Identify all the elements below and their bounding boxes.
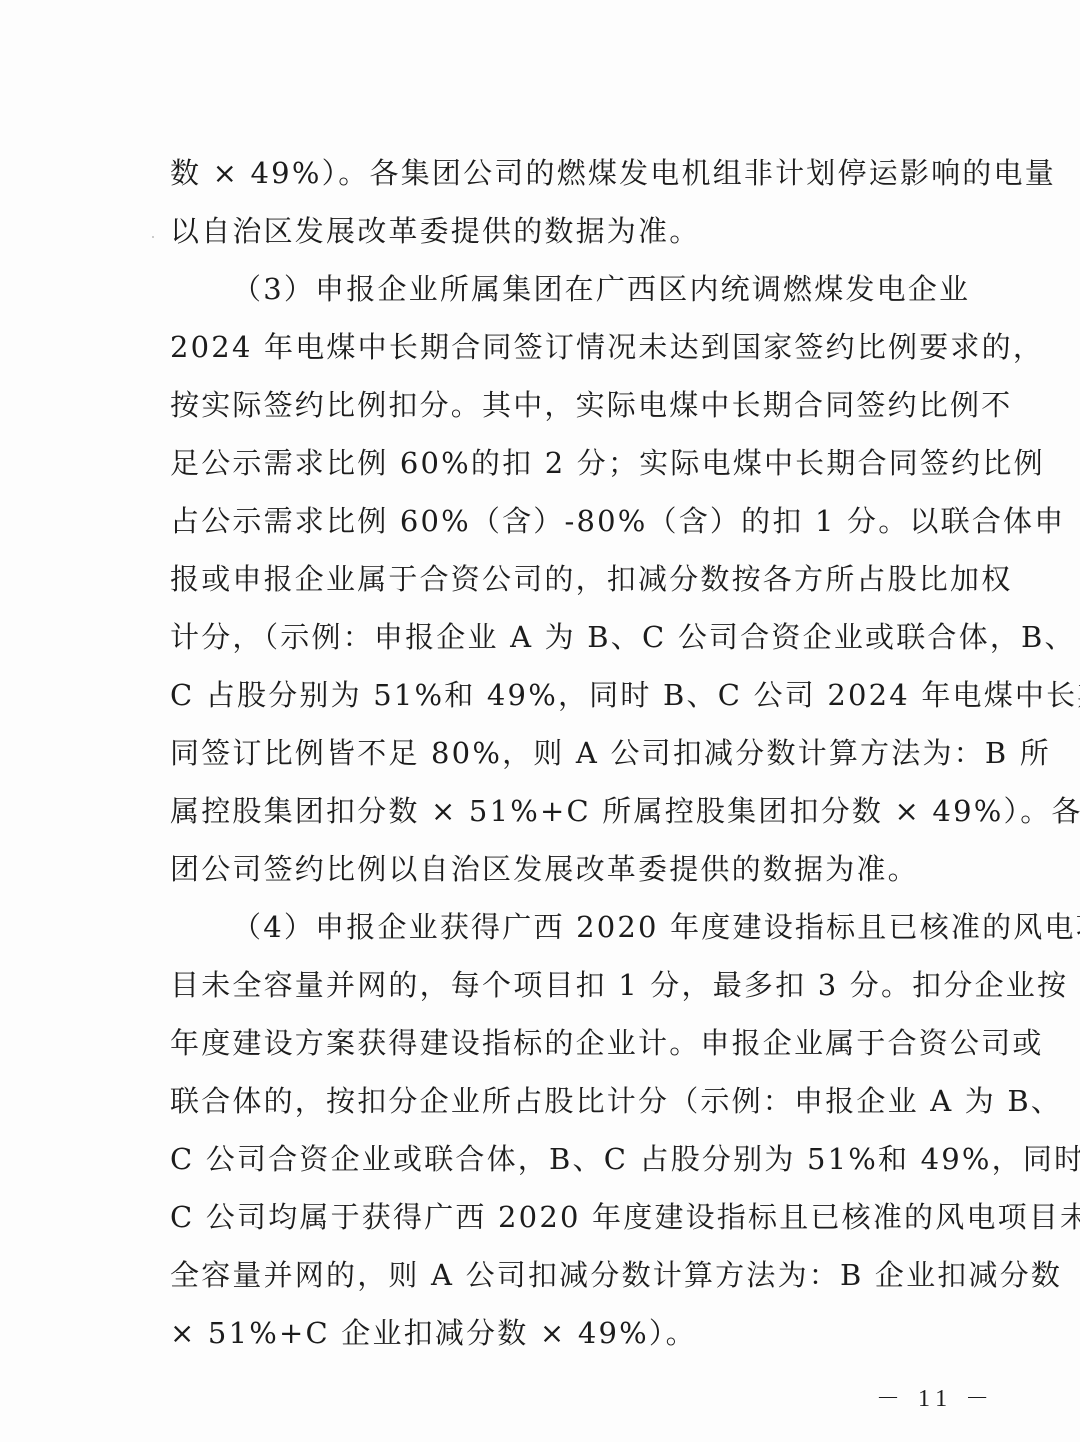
text-line: 按实际签约比例扣分。其中，实际电煤中长期合同签约比例不: [170, 385, 950, 425]
text-line: 联合体的，按扣分企业所占股比计分（示例：申报企业 A 为 B、: [170, 1081, 950, 1121]
text-line: 数 × 49%）。各集团公司的燃煤发电机组非计划停运影响的电量: [170, 153, 950, 193]
text-line: C 公司合资企业或联合体，B、C 占股分别为 51%和 49%，同时 B、: [170, 1139, 950, 1179]
text-line: 属控股集团扣分数 × 51%+C 所属控股集团扣分数 × 49%）。各集: [170, 791, 950, 831]
text-line: 以自治区发展改革委提供的数据为准。: [170, 211, 950, 251]
text-line: C 公司均属于获得广西 2020 年度建设指标且已核准的风电项目未: [170, 1197, 950, 1237]
document-page: 数 × 49%）。各集团公司的燃煤发电机组非计划停运影响的电量以自治区发展改革委…: [0, 0, 1080, 1442]
scan-speck: [532, 232, 534, 234]
text-line: 年度建设方案获得建设指标的企业计。申报企业属于合资公司或: [170, 1023, 950, 1063]
text-line: 2024 年电煤中长期合同签订情况未达到国家签约比例要求的，: [170, 327, 950, 367]
scan-speck: [651, 240, 653, 242]
text-line: × 51%+C 企业扣减分数 × 49%）。: [170, 1313, 950, 1353]
text-line: 目未全容量并网的，每个项目扣 1 分，最多扣 3 分。扣分企业按 2020: [170, 965, 950, 1005]
paragraph-first-line: （3）申报企业所属集团在广西区内统调燃煤发电企业: [232, 269, 950, 309]
paragraph-first-line: （4）申报企业获得广西 2020 年度建设指标且已核准的风电项: [232, 907, 950, 947]
text-line: 团公司签约比例以自治区发展改革委提供的数据为准。: [170, 849, 950, 889]
text-line: C 占股分别为 51%和 49%，同时 B、C 公司 2024 年电煤中长期合: [170, 675, 950, 715]
text-line: 全容量并网的，则 A 公司扣减分数计算方法为：B 企业扣减分数: [170, 1255, 950, 1295]
text-line: 同签订比例皆不足 80%，则 A 公司扣减分数计算方法为：B 所: [170, 733, 950, 773]
text-line: 计分，（示例：申报企业 A 为 B、C 公司合资企业或联合体，B、: [170, 617, 950, 657]
text-line: 足公示需求比例 60%的扣 2 分；实际电煤中长期合同签约比例: [170, 443, 950, 483]
text-line: 占公示需求比例 60%（含）-80%（含）的扣 1 分。以联合体申: [170, 501, 950, 541]
text-line: 报或申报企业属于合资公司的，扣减分数按各方所占股比加权: [170, 559, 950, 599]
page-number: － 11 －: [876, 1378, 995, 1413]
scan-speck: [152, 236, 154, 238]
